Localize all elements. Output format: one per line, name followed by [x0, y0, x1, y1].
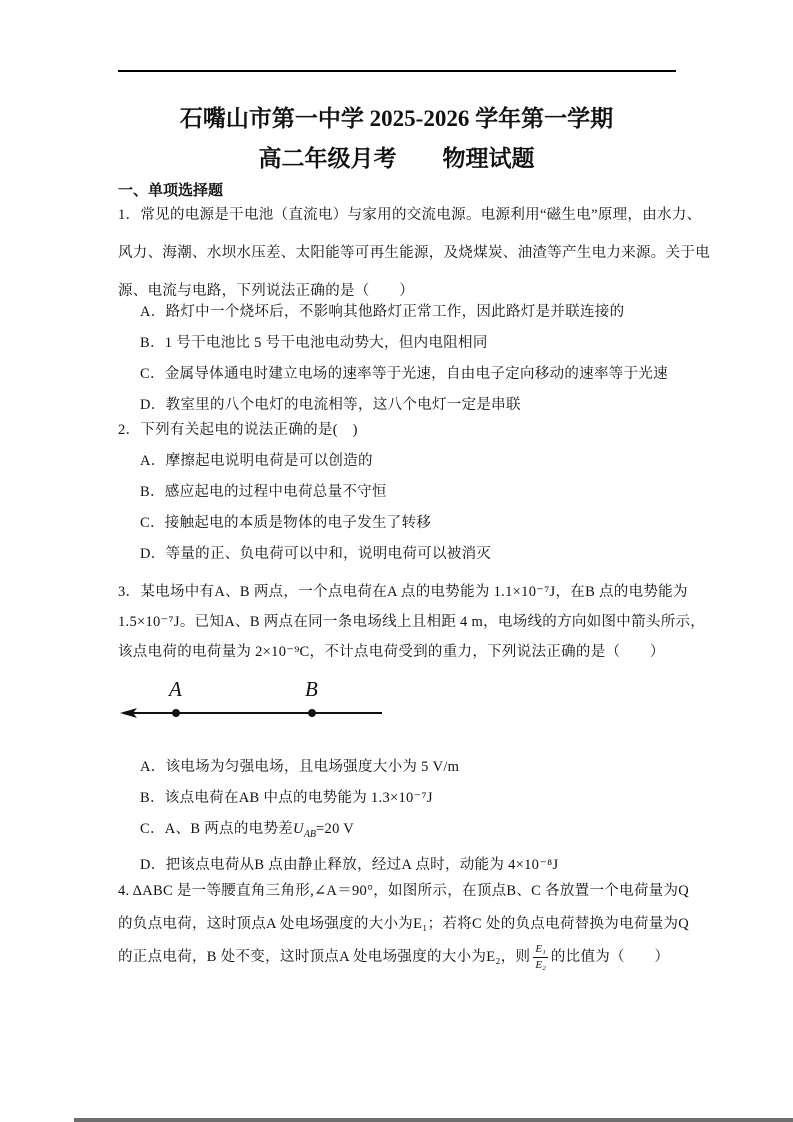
header-rule	[118, 70, 676, 72]
page-bottom-edge	[74, 1118, 793, 1122]
question-4-line-1: 4. ΔABC 是一等腰直角三角形,∠A＝90°，如图所示，在顶点B、C 各放置…	[118, 875, 718, 908]
question-3-option-c: C．A、B 两点的电势差UAB=20 V	[140, 814, 740, 850]
line-3-text: 的正点电荷，B 处不变，这时顶点A 处电场强度的大小为E₂，则	[118, 949, 530, 965]
page-subtitle: 高二年级月考 物理试题	[0, 140, 793, 173]
exam-page: 石嘴山市第一中学 2025-2026 学年第一学期 高二年级月考 物理试题 一、…	[0, 0, 793, 1122]
question-4-line-3: 的正点电荷，B 处不变，这时顶点A 处电场强度的大小为E₂，则E₁E₂的比值为（…	[118, 941, 718, 974]
fraction-denominator: E₂	[533, 958, 548, 971]
question-2-option-a: A．摩擦起电说明电荷是可以创造的	[140, 446, 740, 477]
question-4-stem: 4. ΔABC 是一等腰直角三角形,∠A＝90°，如图所示，在顶点B、C 各放置…	[118, 875, 718, 974]
question-3-line-3: 该点电荷的电荷量为 2×10⁻⁹C，不计点电荷受到的重力，下列说法正确的是（ ）	[118, 637, 718, 667]
question-1-option-c: C．金属导体通电时建立电场的速率等于光速，自由电子定向移动的速率等于光速	[140, 359, 740, 390]
question-2-line-1: 2．下列有关起电的说法正确的是( )	[118, 415, 718, 446]
voltage-variable: U	[293, 821, 304, 837]
question-3-line-2: 1.5×10⁻⁷J。已知A、B 两点在同一条电场线上且相距 4 m，电场线的方向…	[118, 607, 718, 637]
question-1-line-2: 风力、海潮、水坝水压差、太阳能等可再生能源，及烧煤炭、油渣等产生电力来源。关于电	[118, 234, 718, 272]
question-2-options: A．摩擦起电说明电荷是可以创造的 B．感应起电的过程中电荷总量不守恒 C．接触起…	[140, 446, 740, 570]
fraction-numerator: E₁	[533, 944, 548, 958]
point-a-label: A	[167, 677, 182, 701]
question-1-line-1: 1．常见的电源是干电池（直流电）与家用的交流电源。电源利用“磁生电”原理，由水力…	[118, 196, 718, 234]
point-b-label: B	[305, 677, 318, 701]
question-1-option-a: A．路灯中一个烧坏后，不影响其他路灯正常工作，因此路灯是并联连接的	[140, 297, 740, 328]
question-3-options: A．该电场为匀强电场，且电场强度大小为 5 V/m B．该点电荷在AB 中点的电…	[140, 752, 740, 881]
question-2-option-d: D．等量的正、负电荷可以中和，说明电荷可以被消灭	[140, 539, 740, 570]
question-3-stem: 3．某电场中有A、B 两点，一个点电荷在A 点的电势能为 1.1×10⁻⁷J，在…	[118, 577, 718, 667]
question-3-line-1: 3．某电场中有A、B 两点，一个点电荷在A 点的电势能为 1.1×10⁻⁷J，在…	[118, 577, 718, 607]
line-3-tail: 的比值为（ ）	[551, 949, 669, 965]
voltage-subscript: AB	[304, 829, 316, 840]
question-1-stem: 1．常见的电源是干电池（直流电）与家用的交流电源。电源利用“磁生电”原理，由水力…	[118, 196, 718, 310]
question-2-stem: 2．下列有关起电的说法正确的是( )	[118, 415, 718, 446]
question-1-options: A．路灯中一个烧坏后，不影响其他路灯正常工作，因此路灯是并联连接的 B．1 号干…	[140, 297, 740, 421]
field-line-figure: A B	[118, 668, 398, 722]
question-4-line-2: 的负点电荷，这时顶点A 处电场强度的大小为E₁；若将C 处的负点电荷替换为电荷量…	[118, 908, 718, 941]
question-2-option-b: B．感应起电的过程中电荷总量不守恒	[140, 477, 740, 508]
question-3-option-b: B．该点电荷在AB 中点的电势能为 1.3×10⁻⁷J	[140, 783, 740, 814]
option-c-value: =20 V	[316, 821, 354, 837]
point-a-dot	[172, 709, 180, 717]
point-b-dot	[308, 709, 316, 717]
e1-over-e2-fraction: E₁E₂	[533, 944, 548, 971]
question-1-option-b: B．1 号干电池比 5 号干电池电动势大，但内电阻相同	[140, 328, 740, 359]
option-c-text: C．A、B 两点的电势差	[140, 821, 293, 837]
page-title: 石嘴山市第一中学 2025-2026 学年第一学期	[0, 100, 793, 133]
question-2-option-c: C．接触起电的本质是物体的电子发生了转移	[140, 508, 740, 539]
question-3-option-a: A．该电场为匀强电场，且电场强度大小为 5 V/m	[140, 752, 740, 783]
